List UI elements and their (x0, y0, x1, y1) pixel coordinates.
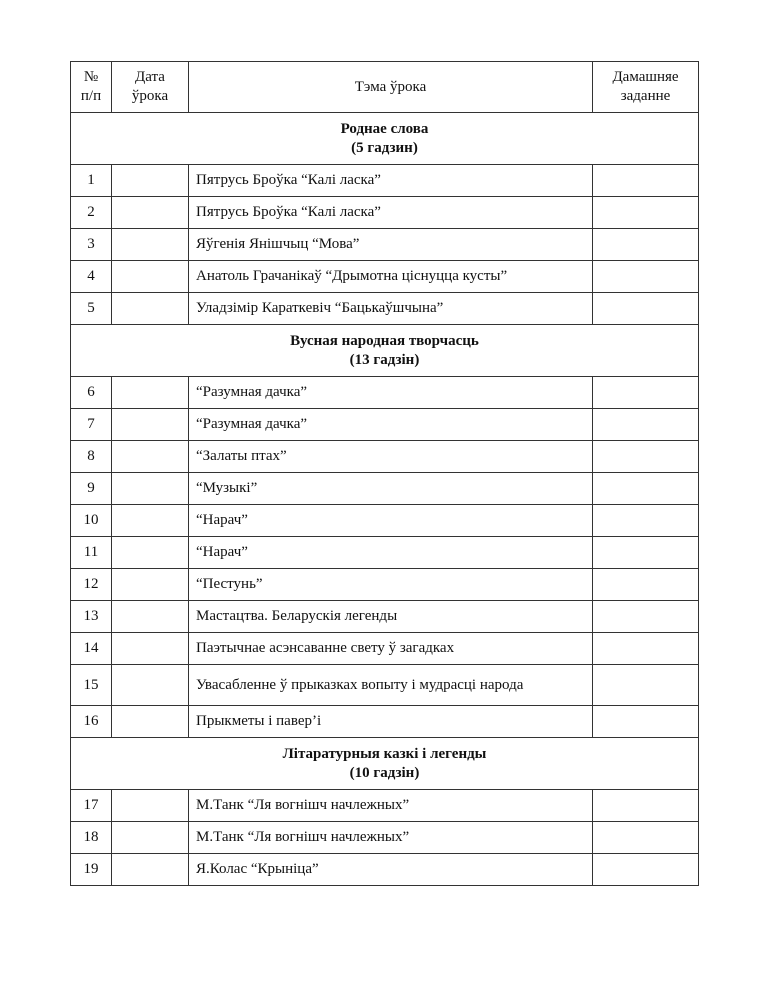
lesson-number: 13 (71, 601, 112, 633)
lesson-topic: М.Танк “Ля вогнішч начлежных” (189, 822, 593, 854)
header-date: Дата ўрока (112, 62, 189, 113)
lesson-homework[interactable] (593, 601, 699, 633)
lesson-homework[interactable] (593, 537, 699, 569)
lesson-date[interactable] (112, 822, 189, 854)
lesson-homework[interactable] (593, 261, 699, 293)
lesson-topic: “Нарач” (189, 505, 593, 537)
lesson-topic: Уладзімір Караткевіч “Бацькаўшчына” (189, 293, 593, 325)
lesson-number: 6 (71, 377, 112, 409)
lesson-topic: Анатоль Грачанікаў “Дрымотна ціснуцца ку… (189, 261, 593, 293)
lesson-number: 11 (71, 537, 112, 569)
lesson-number: 15 (71, 665, 112, 706)
lesson-number: 17 (71, 790, 112, 822)
table-row: 10“Нарач” (71, 505, 699, 537)
section-header: Літаратурныя казкі і легенды(10 гадзін) (71, 738, 699, 790)
header-topic: Тэма ўрока (189, 62, 593, 113)
lesson-homework[interactable] (593, 377, 699, 409)
table-row: 19Я.Колас “Крыніца” (71, 854, 699, 886)
lesson-homework[interactable] (593, 790, 699, 822)
lesson-topic: Пятрусь Броўка “Калі ласка” (189, 197, 593, 229)
header-homework-line1: Дамашняе (612, 69, 678, 85)
lesson-date[interactable] (112, 377, 189, 409)
lesson-topic: Яўгенія Янішчыц “Мова” (189, 229, 593, 261)
header-date-line2: ўрока (132, 88, 168, 104)
lesson-topic: Паэтычнае асэнсаванне свету ў загадках (189, 633, 593, 665)
lesson-topic: Увасабленне ў прыказках вопыту і мудрасц… (189, 665, 593, 706)
lesson-homework[interactable] (593, 854, 699, 886)
header-homework: Дамашняе заданне (593, 62, 699, 113)
table-row: 8“Залаты птах” (71, 441, 699, 473)
lesson-date[interactable] (112, 293, 189, 325)
lesson-number: 2 (71, 197, 112, 229)
lesson-number: 7 (71, 409, 112, 441)
lesson-homework[interactable] (593, 441, 699, 473)
lesson-homework[interactable] (593, 473, 699, 505)
table-row: 6“Разумная дачка” (71, 377, 699, 409)
lesson-date[interactable] (112, 665, 189, 706)
table-body: Роднае слова(5 гадзин)1Пятрусь Броўка “К… (71, 113, 699, 886)
table-row: 9“Музыкі” (71, 473, 699, 505)
lesson-number: 12 (71, 569, 112, 601)
lesson-date[interactable] (112, 854, 189, 886)
lesson-number: 5 (71, 293, 112, 325)
lesson-date[interactable] (112, 537, 189, 569)
section-hours: (5 гадзин) (351, 140, 418, 156)
lesson-date[interactable] (112, 165, 189, 197)
table-row: 17М.Танк “Ля вогнішч начлежных” (71, 790, 699, 822)
lesson-homework[interactable] (593, 665, 699, 706)
section-header-row: Літаратурныя казкі і легенды(10 гадзін) (71, 738, 699, 790)
lesson-topic: “Нарач” (189, 537, 593, 569)
lesson-plan-table: № п/п Дата ўрока Тэма ўрока Дамашняе зад… (70, 61, 699, 886)
section-title: Літаратурныя казкі і легенды (283, 746, 487, 762)
header-homework-line2: заданне (621, 88, 671, 104)
table-row: 18М.Танк “Ля вогнішч начлежных” (71, 822, 699, 854)
table-row: 7“Разумная дачка” (71, 409, 699, 441)
section-header: Роднае слова(5 гадзин) (71, 113, 699, 165)
section-header: Вусная народная творчасць(13 гадзін) (71, 325, 699, 377)
lesson-date[interactable] (112, 197, 189, 229)
lesson-homework[interactable] (593, 706, 699, 738)
table-row: 12“Пестунь” (71, 569, 699, 601)
table-row: 16Прыкметы і павер’і (71, 706, 699, 738)
lesson-homework[interactable] (593, 165, 699, 197)
section-header-row: Роднае слова(5 гадзин) (71, 113, 699, 165)
lesson-homework[interactable] (593, 633, 699, 665)
lesson-number: 9 (71, 473, 112, 505)
lesson-topic: “Разумная дачка” (189, 377, 593, 409)
lesson-topic: “Залаты птах” (189, 441, 593, 473)
table-row: 11“Нарач” (71, 537, 699, 569)
lesson-topic: М.Танк “Ля вогнішч начлежных” (189, 790, 593, 822)
lesson-date[interactable] (112, 261, 189, 293)
header-number-line2: п/п (81, 88, 101, 104)
lesson-number: 3 (71, 229, 112, 261)
lesson-number: 10 (71, 505, 112, 537)
table-row: 2Пятрусь Броўка “Калі ласка” (71, 197, 699, 229)
lesson-topic: “Разумная дачка” (189, 409, 593, 441)
lesson-date[interactable] (112, 601, 189, 633)
table-row: 15Увасабленне ў прыказках вопыту і мудра… (71, 665, 699, 706)
table-row: 5Уладзімір Караткевіч “Бацькаўшчына” (71, 293, 699, 325)
lesson-homework[interactable] (593, 505, 699, 537)
section-hours: (13 гадзін) (350, 352, 420, 368)
lesson-date[interactable] (112, 441, 189, 473)
lesson-number: 18 (71, 822, 112, 854)
section-title: Роднае слова (341, 121, 429, 137)
lesson-date[interactable] (112, 633, 189, 665)
lesson-topic: Пятрусь Броўка “Калі ласка” (189, 165, 593, 197)
lesson-homework[interactable] (593, 197, 699, 229)
lesson-date[interactable] (112, 409, 189, 441)
lesson-date[interactable] (112, 505, 189, 537)
section-title: Вусная народная творчасць (290, 333, 479, 349)
table-row: 4Анатоль Грачанікаў “Дрымотна ціснуцца к… (71, 261, 699, 293)
lesson-number: 4 (71, 261, 112, 293)
lesson-number: 1 (71, 165, 112, 197)
section-hours: (10 гадзін) (350, 765, 420, 781)
lesson-homework[interactable] (593, 229, 699, 261)
lesson-topic: “Пестунь” (189, 569, 593, 601)
lesson-number: 19 (71, 854, 112, 886)
lesson-homework[interactable] (593, 409, 699, 441)
lesson-topic: Прыкметы і павер’і (189, 706, 593, 738)
table-row: 3Яўгенія Янішчыц “Мова” (71, 229, 699, 261)
lesson-date[interactable] (112, 569, 189, 601)
table-row: 14Паэтычнае асэнсаванне свету ў загадках (71, 633, 699, 665)
lesson-topic: Мастацтва. Беларускія легенды (189, 601, 593, 633)
section-header-row: Вусная народная творчасць(13 гадзін) (71, 325, 699, 377)
header-number: № п/п (71, 62, 112, 113)
lesson-homework[interactable] (593, 293, 699, 325)
table-row: 1Пятрусь Броўка “Калі ласка” (71, 165, 699, 197)
lesson-topic: “Музыкі” (189, 473, 593, 505)
lesson-number: 8 (71, 441, 112, 473)
table-row: 13Мастацтва. Беларускія легенды (71, 601, 699, 633)
header-number-line1: № (84, 69, 98, 85)
lesson-homework[interactable] (593, 822, 699, 854)
lesson-date[interactable] (112, 473, 189, 505)
lesson-date[interactable] (112, 790, 189, 822)
lesson-number: 16 (71, 706, 112, 738)
lesson-date[interactable] (112, 706, 189, 738)
lesson-topic: Я.Колас “Крыніца” (189, 854, 593, 886)
lesson-number: 14 (71, 633, 112, 665)
header-date-line1: Дата (135, 69, 165, 85)
table-header-row: № п/п Дата ўрока Тэма ўрока Дамашняе зад… (71, 62, 699, 113)
lesson-date[interactable] (112, 229, 189, 261)
lesson-homework[interactable] (593, 569, 699, 601)
